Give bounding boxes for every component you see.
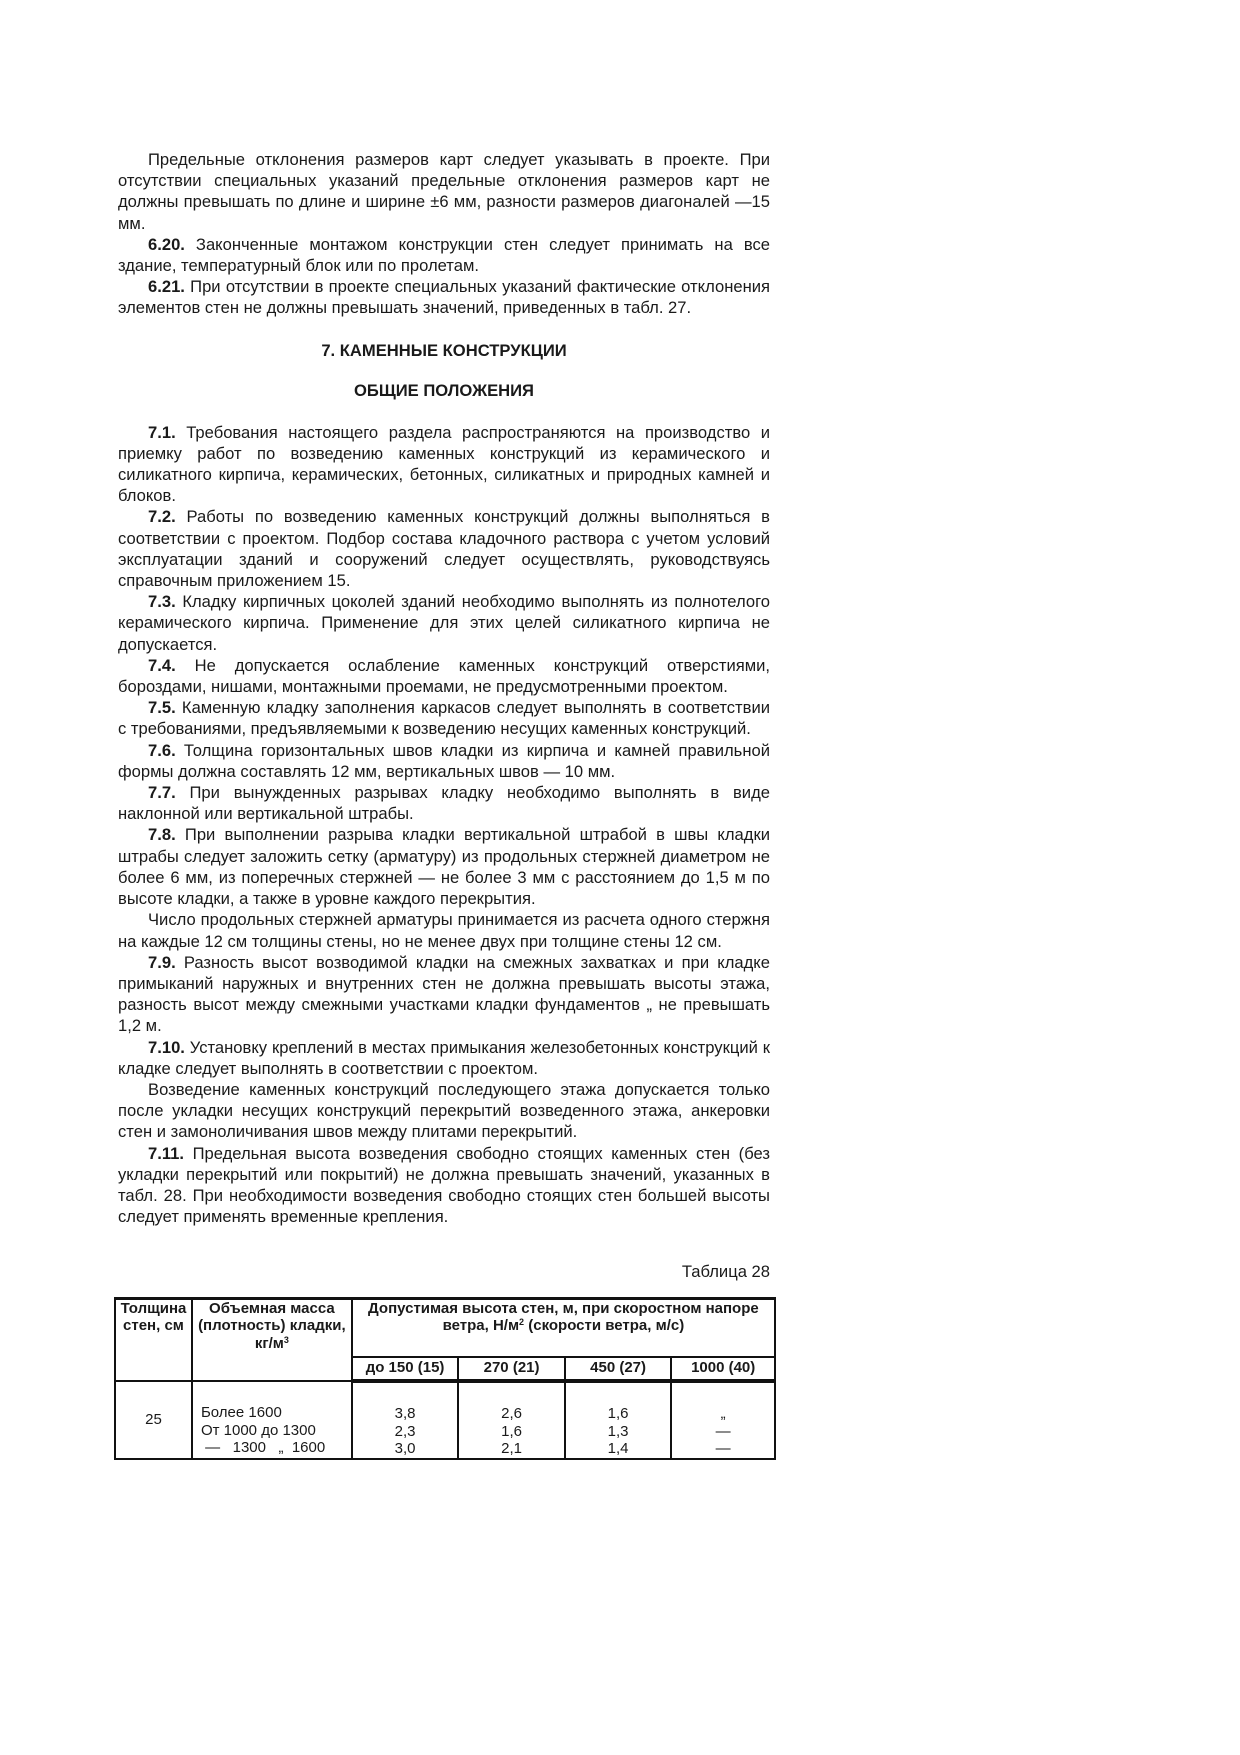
clause-number: 6.20. [148, 235, 185, 254]
clause-number: 6.21. [148, 277, 185, 296]
paragraph-7-3: 7.3. Кладку кирпичных цоколей зданий нео… [118, 591, 770, 655]
paragraph-text: Установку креплений в местах примыкания … [118, 1038, 770, 1078]
clause-number: 7.8. [148, 825, 176, 844]
clause-number: 7.11. [148, 1144, 184, 1163]
clause-number: 7.4. [148, 656, 176, 675]
paragraph-text: Возведение каменных конструкций последую… [118, 1080, 770, 1141]
header-density: Объемная масса (плотность) кладки, кг/м3 [192, 1298, 352, 1381]
clause-number: 7.3. [148, 592, 176, 611]
paragraph-7-8: 7.8. При выполнении разрыва кладки верти… [118, 824, 770, 909]
clause-number: 7.9. [148, 953, 176, 972]
paragraph-text: Требования настоящего раздела распростра… [118, 423, 770, 506]
paragraph-7-1: 7.1. Требования настоящего раздела распр… [118, 422, 770, 507]
header-wind-150: до 150 (15) [352, 1357, 459, 1382]
paragraph-text: Каменную кладку заполнения каркасов след… [118, 698, 770, 738]
header-wind-450: 450 (27) [565, 1357, 672, 1382]
paragraph-text: Кладку кирпичных цоколей зданий необходи… [118, 592, 770, 653]
cell-wind-450: 1,6 1,3 1,4 [565, 1381, 672, 1459]
table-caption: Таблица 28 [118, 1248, 770, 1282]
paragraph-7-6: 7.6. Толщина горизонтальных швов кладки … [118, 740, 770, 782]
paragraph-text: Толщина горизонтальных швов кладки из ки… [118, 741, 770, 781]
table-row: 25 Более 1600 От 1000 до 1300 — 1300 „ 1… [115, 1381, 775, 1459]
clause-number: 7.5. [148, 698, 176, 717]
paragraph-text: Законченные монтажом конструкции стен сл… [118, 235, 770, 275]
paragraph-6-21: 6.21. При отсутствии в проекте специальн… [118, 276, 770, 318]
paragraph-7-9: 7.9. Разность высот возводимой кладки на… [118, 952, 770, 1037]
paragraph-6-20: 6.20. Законченные монтажом конструкции с… [118, 234, 770, 276]
paragraph-7-7: 7.7. При вынужденных разрывах кладку нео… [118, 782, 770, 824]
paragraph-7-5: 7.5. Каменную кладку заполнения каркасов… [118, 697, 770, 739]
clause-number: 7.10. [148, 1038, 185, 1057]
paragraph-text: При выполнении разрыва кладки вертикальн… [118, 825, 770, 908]
section-title: 7. КАМЕННЫЕ КОНСТРУКЦИИ [118, 340, 770, 361]
paragraph-text: Не допускается ослабление каменных конст… [118, 656, 770, 696]
header-thickness: Толщина стен, см [115, 1298, 192, 1381]
cell-thickness: 25 [115, 1381, 192, 1459]
table-28: Толщина стен, см Объемная масса (плотнос… [114, 1297, 776, 1460]
cell-wind-1000: „ — — [671, 1381, 775, 1459]
cell-wind-270: 2,6 1,6 2,1 [458, 1381, 565, 1459]
subsection-title: ОБЩИЕ ПОЛОЖЕНИЯ [118, 380, 770, 401]
clause-number: 7.1. [148, 423, 176, 442]
paragraph-text: При вынужденных разрывах кладку необходи… [118, 783, 770, 823]
clause-number: 7.7. [148, 783, 176, 802]
clause-number: 7.2. [148, 507, 176, 526]
paragraph-rebar-count: Число продольных стержней арматуры прини… [118, 909, 770, 951]
paragraph-text: Число продольных стержней арматуры прини… [118, 910, 770, 950]
paragraph-card-tolerances: Предельные отклонения размеров карт след… [118, 149, 770, 234]
paragraph-text: При отсутствии в проекте специальных ука… [118, 277, 770, 317]
header-allowable-height: Допустимая высота стен, м, при скоростно… [352, 1298, 775, 1357]
cell-wind-150: 3,8 2,3 3,0 [352, 1381, 459, 1459]
paragraph-text: Работы по возведению каменных конструкци… [118, 507, 770, 590]
paragraph-7-10: 7.10. Установку креплений в местах примы… [118, 1037, 770, 1079]
clauses-list: 7.1. Требования настоящего раздела распр… [118, 422, 770, 1228]
paragraph-7-2: 7.2. Работы по возведению каменных конст… [118, 506, 770, 591]
document-page: Предельные отклонения размеров карт след… [118, 149, 770, 1460]
paragraph-text: Предельные отклонения размеров карт след… [118, 150, 770, 233]
header-wind-270: 270 (21) [458, 1357, 565, 1382]
cell-densities: Более 1600 От 1000 до 1300 — 1300 „ 1600 [192, 1381, 352, 1459]
paragraph-text: Предельная высота возведения свободно ст… [118, 1144, 770, 1227]
header-wind-1000: 1000 (40) [671, 1357, 775, 1382]
paragraph-text: Разность высот возводимой кладки на смеж… [118, 953, 770, 1036]
paragraph-7-4: 7.4. Не допускается ослабление каменных … [118, 655, 770, 697]
clause-number: 7.6. [148, 741, 176, 760]
paragraph-7-11: 7.11. Предельная высота возведения свобо… [118, 1143, 770, 1228]
paragraph-next-floor: Возведение каменных конструкций последую… [118, 1079, 770, 1143]
